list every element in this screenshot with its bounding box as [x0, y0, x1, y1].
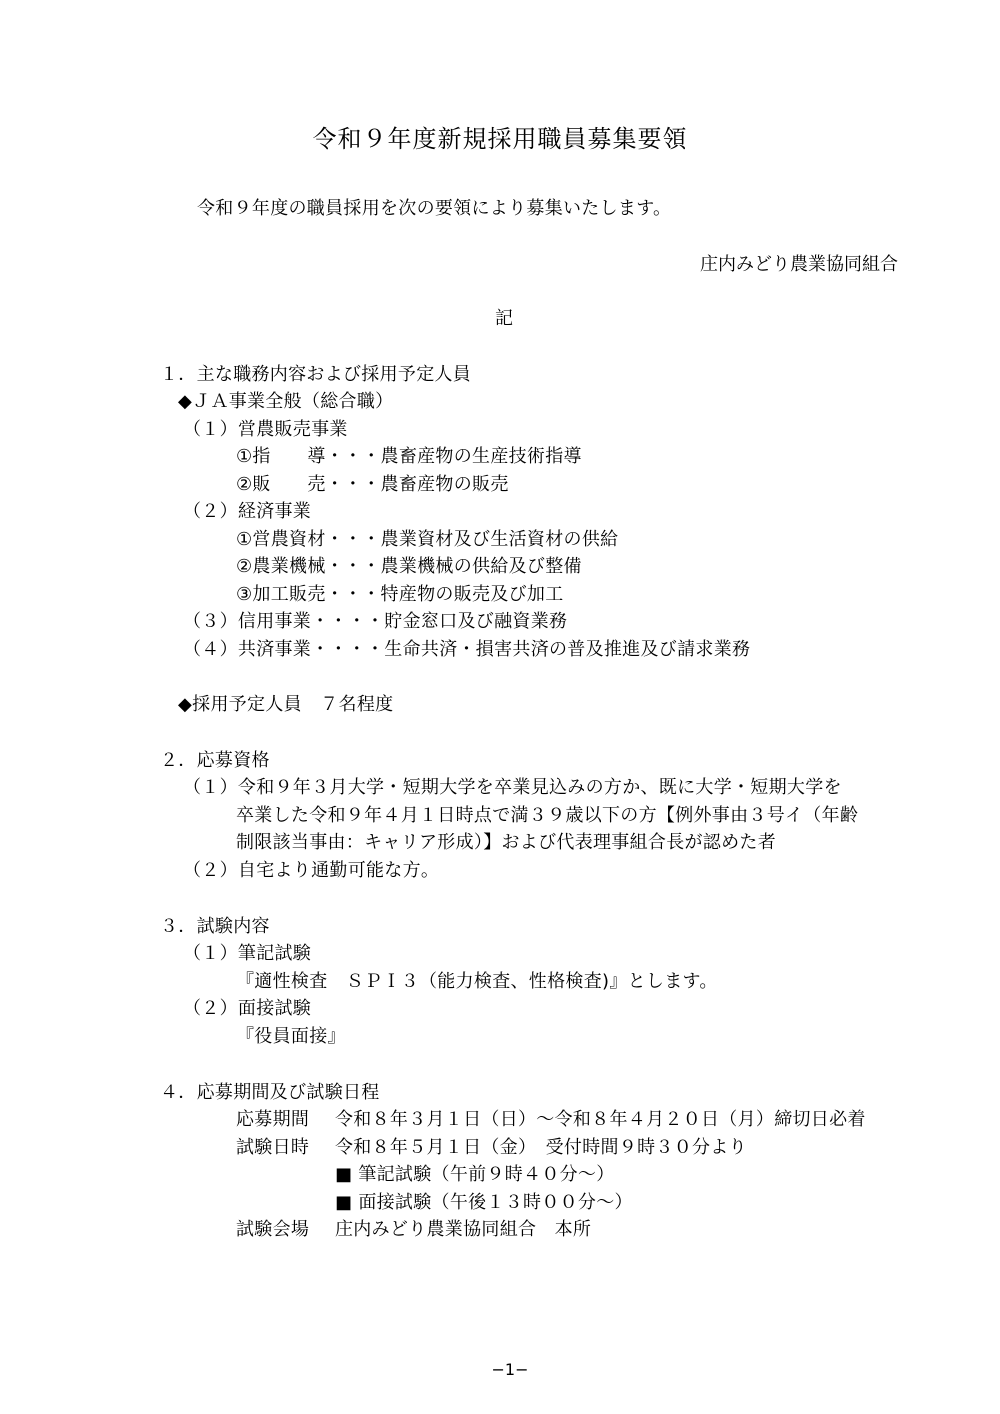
exam-content-line: 『適性検査 ＳＰＩ３（能力検査、性格検査)』とします。 — [236, 971, 718, 993]
qualification-line: 制限該当事由：キャリア形成）】および代表理事組合長が認めた者 — [236, 832, 776, 854]
document-page: 令和９年度新規採用職員募集要領 令和９年度の職員採用を次の要領により募集いたしま… — [0, 0, 1000, 1414]
section1-subitem: ②販 売・・・農畜産物の販売 — [236, 474, 509, 496]
section1-heading: １．主な職務内容および採用予定人員 — [160, 364, 471, 386]
qualification-line: （１）令和９年３月大学・短期大学を卒業見込みの方か、既に大学・短期大学を — [183, 777, 842, 799]
exam-content-line: 『役員面接』 — [236, 1026, 346, 1048]
section4-heading: ４．応募期間及び試験日程 — [160, 1082, 380, 1104]
section1-item: （４）共済事業・・・・生命共済・損害共済の普及推進及び請求業務 — [183, 639, 750, 661]
section1-item: （３）信用事業・・・・貯金窓口及び融資業務 — [183, 611, 567, 633]
organization-name: 庄内みどり農業協同組合 — [700, 254, 898, 276]
exam-schedule-item: ■ 筆記試験（午前９時４０分～） — [335, 1164, 615, 1186]
section1-item: （１）営農販売事業 — [183, 419, 348, 441]
section2-heading: ２．応募資格 — [160, 750, 270, 772]
exam-content-line: （２）面接試験 — [183, 998, 311, 1020]
headcount: ◆採用予定人員 ７名程度 — [178, 694, 393, 716]
exam-datetime-label: 試験日時 — [236, 1137, 309, 1159]
section1-subitem: ①営農資材・・・農業資材及び生活資材の供給 — [236, 529, 618, 551]
application-period-value: 令和８年３月１日（日）～令和８年４月２０日（月）締切日必着 — [335, 1109, 866, 1131]
venue-value: 庄内みどり農業協同組合 本所 — [335, 1219, 591, 1241]
ki-marker: 記 — [0, 308, 1000, 330]
page-number: −1− — [0, 1360, 1000, 1380]
exam-content-line: （１）筆記試験 — [183, 943, 311, 965]
qualification-line: （２）自宅より通勤可能な方。 — [183, 860, 439, 882]
exam-datetime-value: 令和８年５月１日（金） 受付時間９時３０分より — [335, 1137, 747, 1159]
venue-label: 試験会場 — [236, 1219, 309, 1241]
application-period-label: 応募期間 — [236, 1109, 309, 1131]
section1-item: （２）経済事業 — [183, 501, 311, 523]
intro-text: 令和９年度の職員採用を次の要領により募集いたします。 — [197, 198, 671, 220]
section1-category: ◆ＪＡ事業全般（総合職） — [178, 391, 393, 413]
section1-subitem: ③加工販売・・・特産物の販売及び加工 — [236, 584, 564, 606]
exam-schedule-item: ■ 面接試験（午後１３時００分～） — [335, 1192, 633, 1214]
section1-subitem: ①指 導・・・農畜産物の生産技術指導 — [236, 446, 582, 468]
section3-heading: ３．試験内容 — [160, 916, 270, 938]
section1-subitem: ②農業機械・・・農業機械の供給及び整備 — [236, 556, 582, 578]
document-title: 令和９年度新規採用職員募集要領 — [0, 124, 1000, 154]
qualification-line: 卒業した令和９年４月１日時点で満３９歳以下の方【例外事由３号イ（年齢 — [236, 805, 858, 827]
